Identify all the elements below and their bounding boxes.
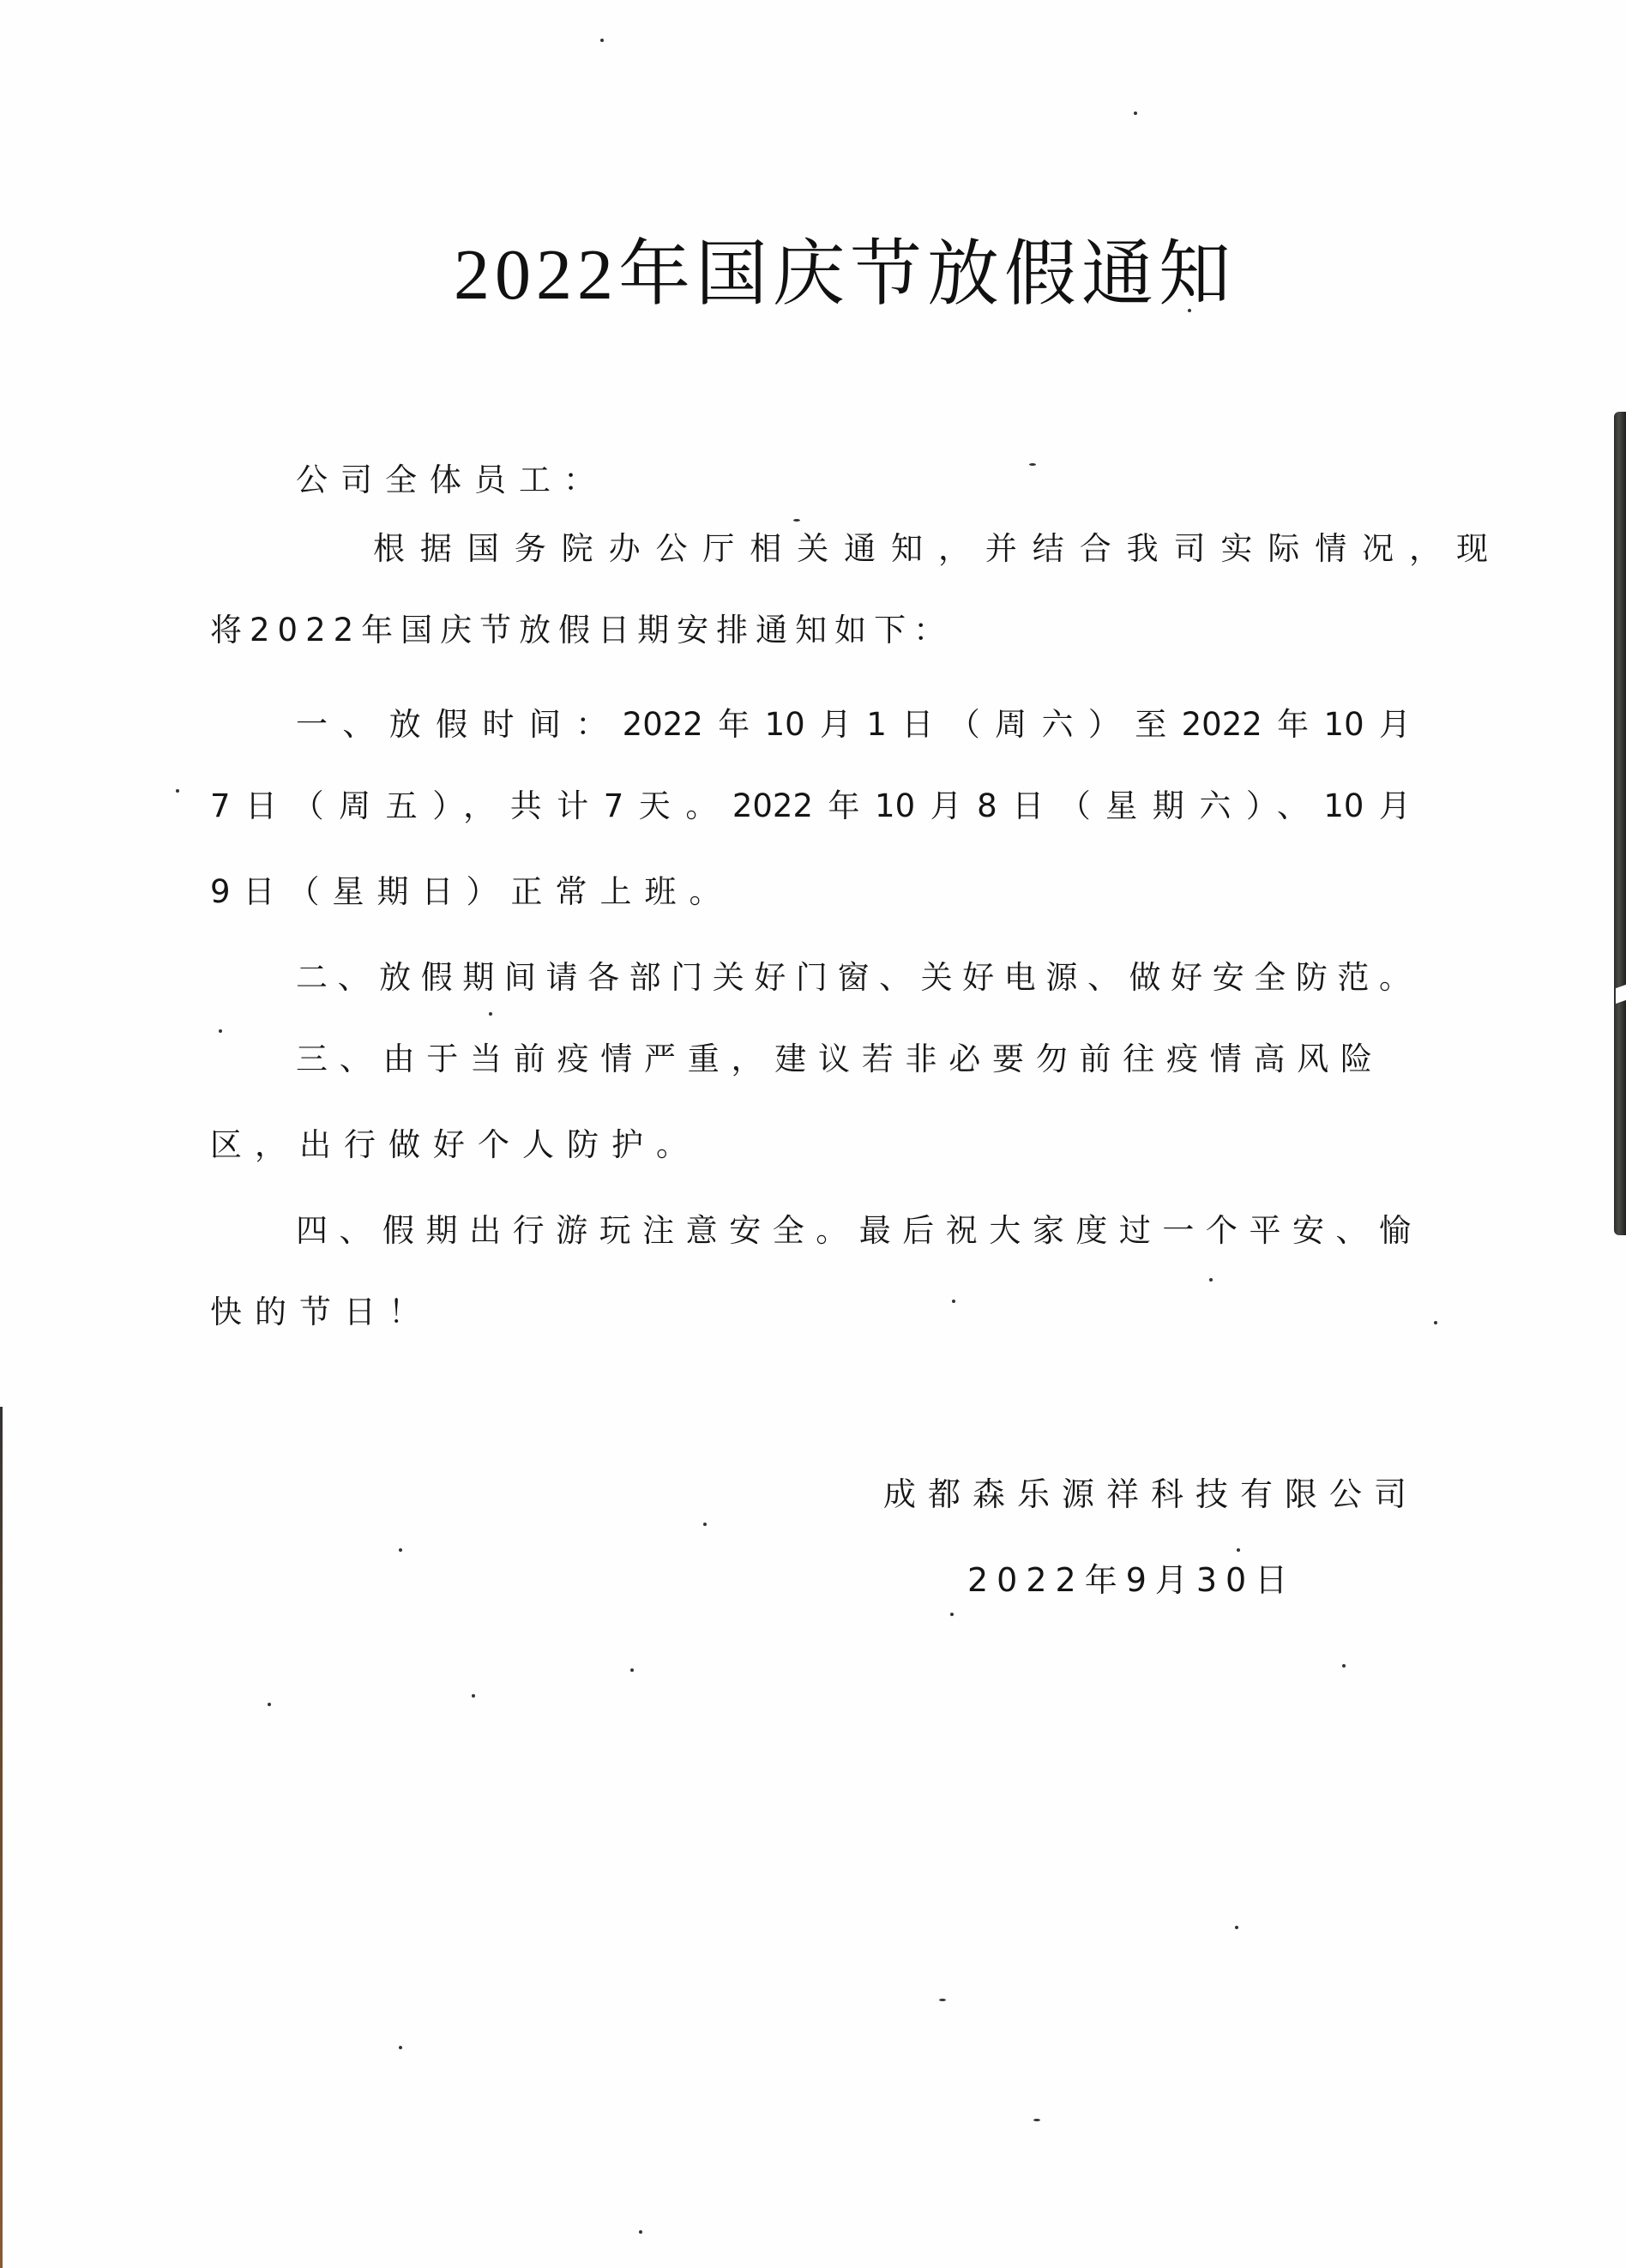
scan-speck — [600, 39, 604, 42]
item-1-line-1: 一、放假时间：2022年10月1日（周六）至2022年10月 — [296, 703, 1411, 746]
scan-speck — [219, 1029, 222, 1033]
scan-speck — [1434, 1321, 1437, 1324]
scan-speck — [950, 1613, 954, 1616]
scan-speck — [1029, 463, 1036, 466]
item-4-line-2: 快的节日！ — [210, 1291, 433, 1334]
paragraph-intro-line-2: 将2022年国庆节放假日期安排通知如下： — [210, 609, 953, 652]
scan-speck — [939, 1999, 946, 2001]
item-4-line-1: 四、假期出行游玩注意安全。最后祝大家度过一个平安、愉 — [296, 1209, 1411, 1252]
scan-speck — [268, 1703, 271, 1706]
scan-speck — [1209, 1278, 1213, 1282]
scan-speck — [489, 1012, 492, 1016]
company-signature: 成都森乐源祥科技有限公司 — [883, 1473, 1418, 1516]
paragraph-intro-line-1: 根据国务院办公厅相关通知，并结合我司实际情况，现 — [373, 528, 1488, 570]
scan-speck — [1188, 309, 1191, 312]
scan-edge-shadow-left — [0, 1407, 3, 2268]
item-1-line-3: 9日（星期日）正常上班。 — [210, 871, 734, 914]
scan-speck — [630, 1668, 634, 1672]
item-3-line-1: 三、由于当前疫情严重，建议若非必要勿前往疫情高风险 — [296, 1038, 1372, 1081]
scan-edge-shadow-right — [1614, 412, 1626, 1235]
salutation: 公司全体员工： — [296, 459, 608, 502]
scan-speck — [793, 519, 800, 522]
scan-speck — [703, 1523, 707, 1526]
scan-speck — [1235, 1926, 1238, 1929]
document-title: 2022年国庆节放假通知 — [0, 216, 1626, 320]
scan-speck — [399, 2046, 402, 2049]
scan-speck — [176, 789, 179, 793]
scan-speck — [639, 2230, 642, 2234]
signature-date: 2022年9月30日 — [967, 1559, 1296, 1601]
scan-speck — [952, 1300, 955, 1303]
scan-speck — [1237, 1548, 1240, 1552]
item-1-line-2: 7日（周五），共计7天。2022年10月8日（星期六）、10月 — [210, 785, 1411, 828]
scan-speck — [1134, 112, 1137, 115]
item-2-line-1: 二、放假期间请各部门关好门窗、关好电源、做好安全防范。 — [296, 956, 1411, 999]
scan-speck — [472, 1694, 475, 1698]
scan-speck — [1342, 1664, 1346, 1668]
scanned-document-page: 2022年国庆节放假通知 公司全体员工： 根据国务院办公厅相关通知，并结合我司实… — [0, 0, 1626, 2268]
item-3-line-2: 区，出行做好个人防护。 — [210, 1124, 701, 1167]
scan-speck — [1033, 2119, 1040, 2121]
scan-speck — [399, 1548, 402, 1552]
